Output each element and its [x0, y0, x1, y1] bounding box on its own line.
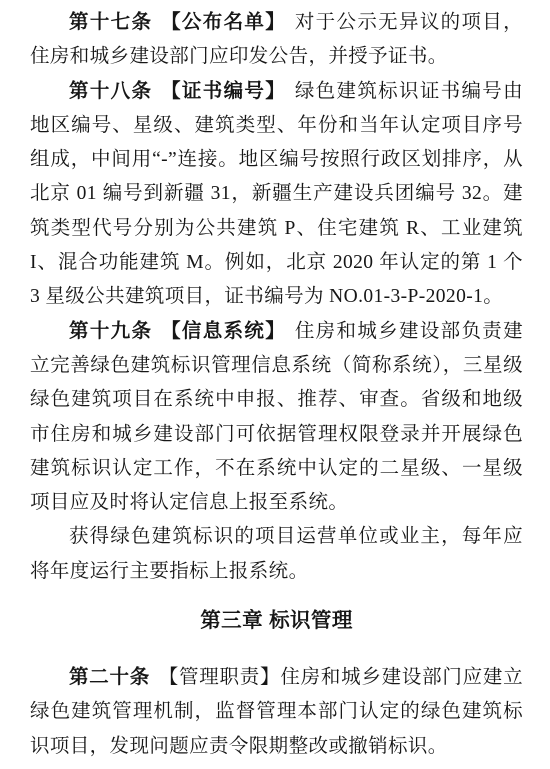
article-paragraph: 第十七条【公布名单】对于公示无异议的项目，住房和城乡建设部门应印发公告，并授予证… [30, 6, 523, 75]
chapter-heading: 第三章 标识管理 [30, 603, 523, 639]
paragraph-body: 绿色建筑标识证书编号由地区编号、星级、建筑类型、年份和当年认定项目序号组成，中间… [30, 81, 523, 308]
article-paragraph: 第二十条【管理职责】住房和城乡建设部门应建立绿色建筑管理机制，监督管理本部门认定… [30, 661, 523, 764]
article-number: 第十九条 [69, 321, 152, 342]
article-number: 第二十条 [69, 667, 150, 688]
paragraph-body: 住房和城乡建设部负责建立完善绿色建筑标识管理信息系统（简称系统），三星级绿色建筑… [30, 321, 523, 513]
plain-paragraph: 获得绿色建筑标识的项目运营单位或业主，每年应将年度运行主要指标上报系统。 [30, 520, 523, 589]
article-title-bracket: 【公布名单】 [161, 12, 286, 33]
article-paragraph: 第十八条【证书编号】绿色建筑标识证书编号由地区编号、星级、建筑类型、年份和当年认… [30, 75, 523, 315]
article-title-bracket: 【信息系统】 [161, 321, 286, 342]
document-page: 第十七条【公布名单】对于公示无异议的项目，住房和城乡建设部门应印发公告，并授予证… [0, 0, 550, 769]
article-number: 第十八条 [69, 81, 152, 102]
article-number: 第十七条 [69, 12, 152, 33]
article-title-bracket: 【管理职责】 [159, 667, 281, 688]
article-paragraph: 第十九条【信息系统】住房和城乡建设部负责建立完善绿色建筑标识管理信息系统（简称系… [30, 315, 523, 521]
article-title-bracket: 【证书编号】 [161, 81, 286, 102]
paragraph-body: 获得绿色建筑标识的项目运营单位或业主，每年应将年度运行主要指标上报系统。 [30, 526, 523, 581]
